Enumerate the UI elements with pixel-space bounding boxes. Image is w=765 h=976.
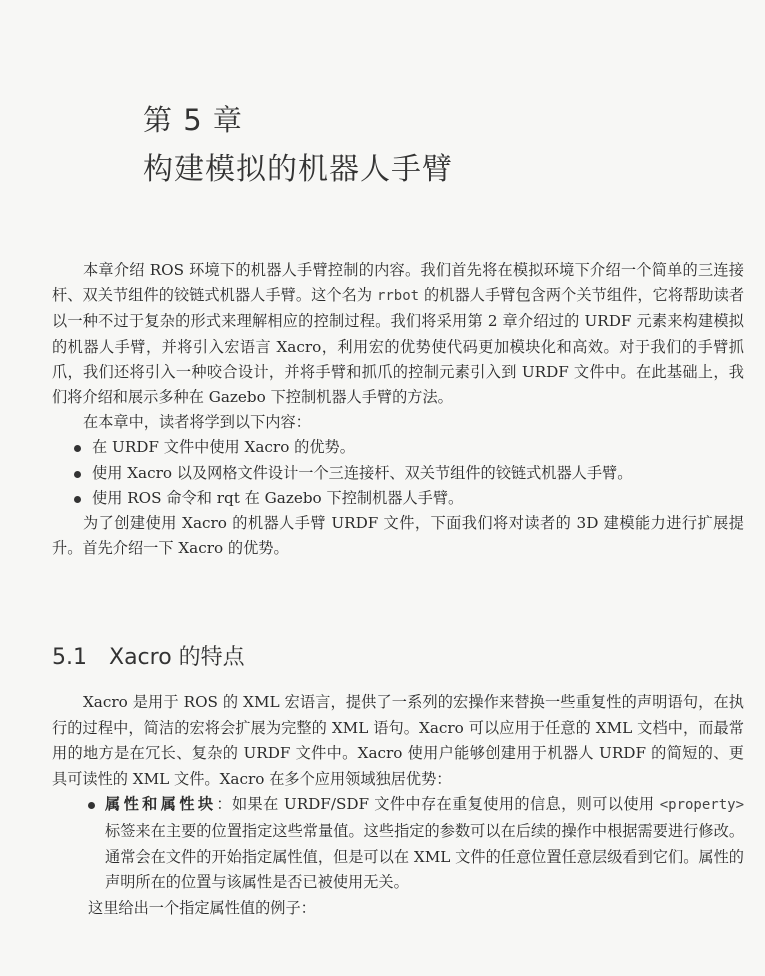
section-number: 5.1 [52,645,87,670]
rrbot-code: rrbot [377,288,419,304]
property-tag-code: <property> [660,797,744,813]
learn-lead: 在本章中，读者将学到以下内容： [52,410,744,435]
example-lead: 这里给出一个指定属性值的例子： [52,896,744,922]
learn-item: 在 URDF 文件中使用 Xacro 的优势。 [70,435,744,460]
section-paragraph: Xacro 是用于 ROS 的 XML 宏语言，提供了一系列的宏操作来替换一些重… [52,690,744,792]
chapter-intro: 本章介绍 ROS 环境下的机器人手臂控制的内容。我们首先将在模拟环境下介绍一个简… [52,258,744,561]
section-title: Xacro 的特点 [109,645,245,670]
learn-list: 在 URDF 文件中使用 Xacro 的优势。 使用 Xacro 以及网格文件设… [52,435,744,511]
feature-item: 属性和属性块：如果在 URDF/SDF 文件中存在重复使用的信息，则可以使用 <… [88,792,744,895]
learn-item: 使用 Xacro 以及网格文件设计一个三连接杆、双关节组件的铰链式机器人手臂。 [70,461,744,486]
intro-paragraph: 本章介绍 ROS 环境下的机器人手臂控制的内容。我们首先将在模拟环境下介绍一个简… [52,258,744,410]
intro-closing-paragraph: 为了创建使用 Xacro 的机器人手臂 URDF 文件，下面我们将对读者的 3D… [52,511,744,561]
feature-sep: ： [216,795,232,813]
book-page: 第 5 章 构建模拟的机器人手臂 本章介绍 ROS 环境下的机器人手臂控制的内容… [0,0,765,976]
section-heading: 5.1Xacro 的特点 [52,640,245,671]
chapter-title: 构建模拟的机器人手臂 [143,144,453,188]
feature-term: 属性和属性块 [105,795,216,813]
feature-list: 属性和属性块：如果在 URDF/SDF 文件中存在重复使用的信息，则可以使用 <… [52,792,744,895]
section-body: Xacro 是用于 ROS 的 XML 宏语言，提供了一系列的宏操作来替换一些重… [52,690,744,921]
feature-text: 如果在 URDF/SDF 文件中存在重复使用的信息，则可以使用 [232,795,660,813]
chapter-number: 第 5 章 [143,98,243,139]
feature-text: 标签来在主要的位置指定这些常量值。这些指定的参数可以在后续的操作中根据需要进行修… [105,822,744,891]
learn-item: 使用 ROS 命令和 rqt 在 Gazebo 下控制机器人手臂。 [70,486,744,511]
